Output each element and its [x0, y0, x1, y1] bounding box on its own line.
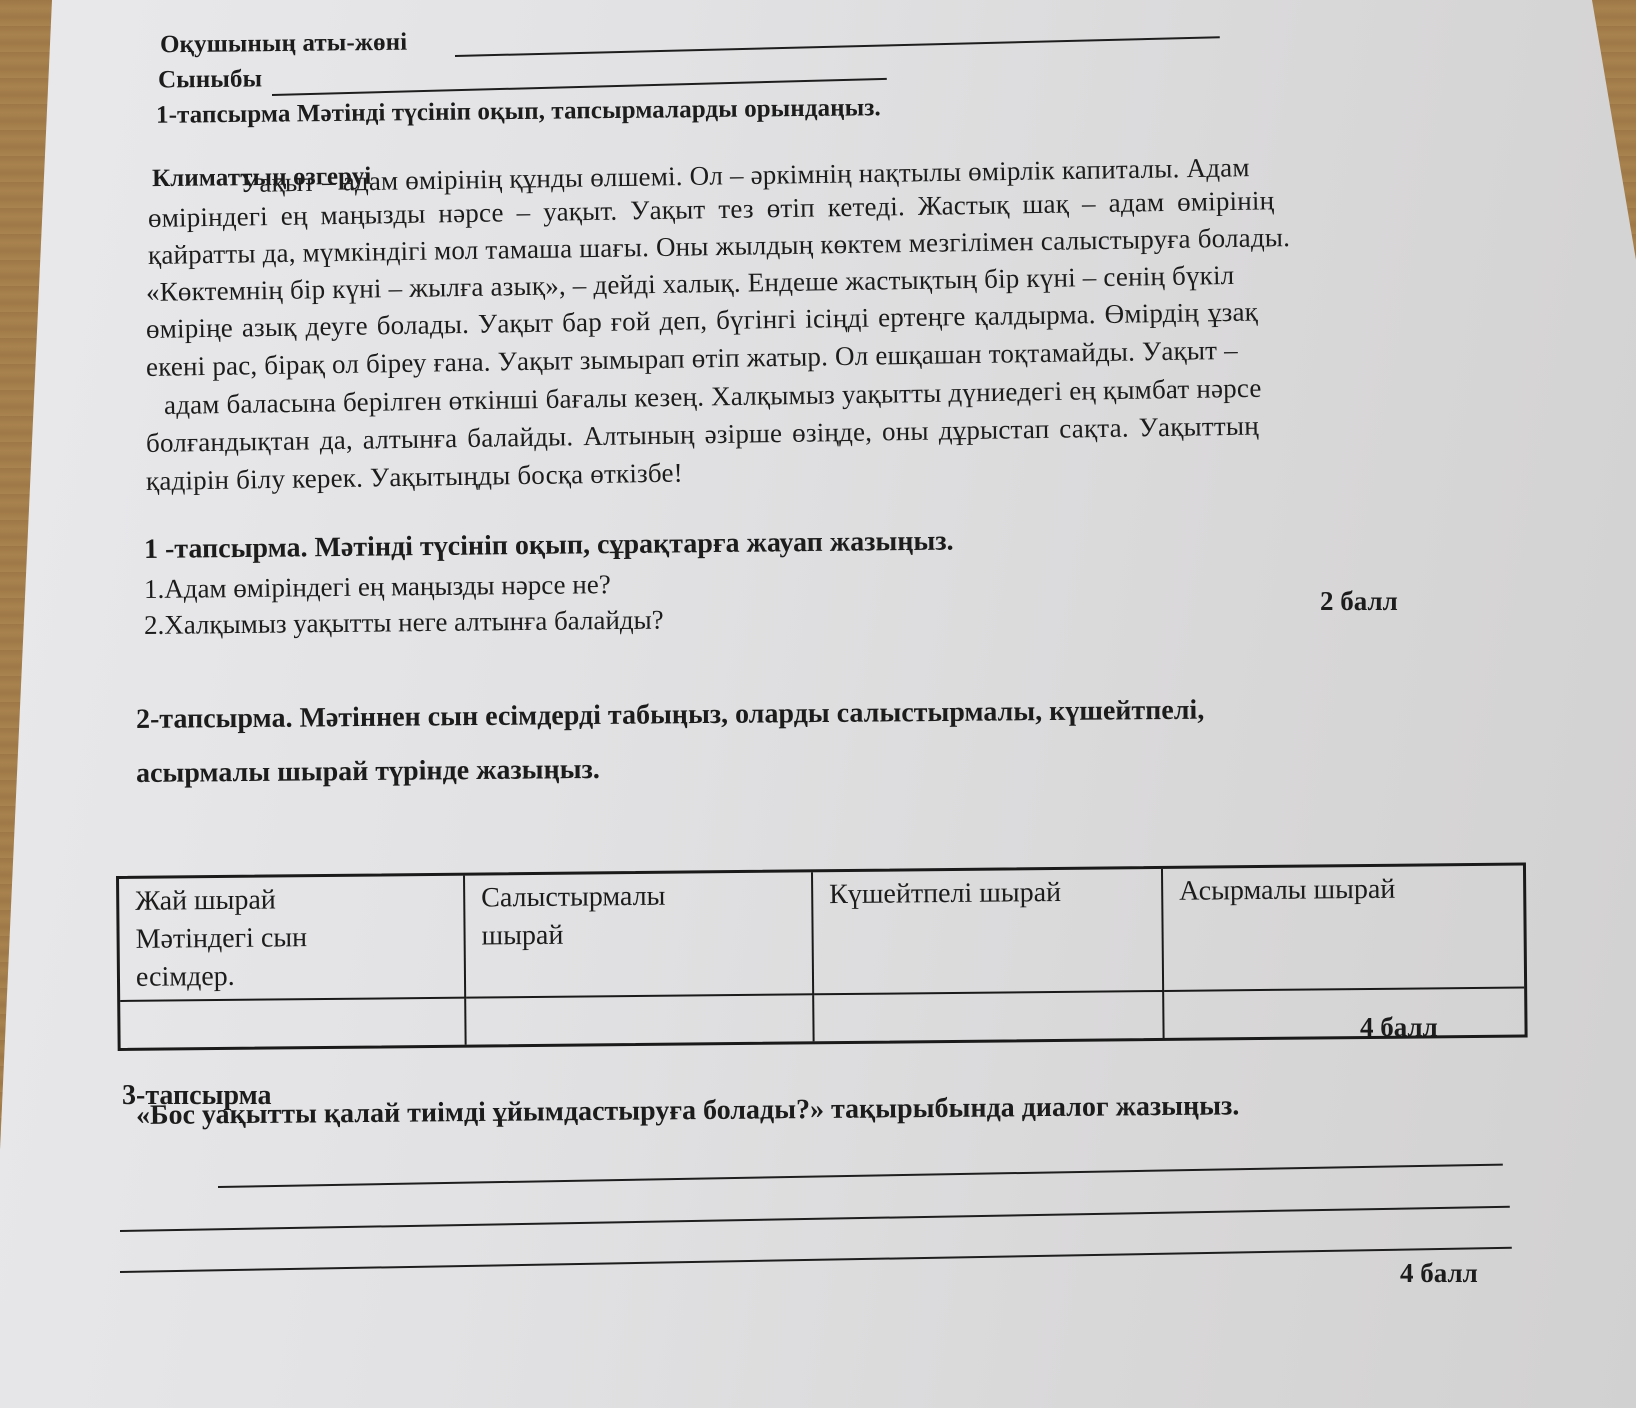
- student-name-label: Оқушының аты-жөні: [160, 29, 407, 60]
- table-answer-cell[interactable]: [1164, 988, 1524, 1037]
- table-header-comparative: Салыстырмалы шырай: [465, 872, 814, 998]
- task3-prompt: «Бос уақытты қалай тиімді ұйымдастыруға …: [136, 1090, 1240, 1132]
- table-answer-cell[interactable]: [814, 992, 1164, 1041]
- dialog-answer-line[interactable]: [120, 1247, 1512, 1273]
- table-header-positive: Жай шырай Мәтіндегі сын есімдер.: [119, 876, 466, 1002]
- table-header-superlative: Асырмалы шырай: [1163, 865, 1524, 991]
- table-header-intensive: Күшейтпелі шырай: [813, 869, 1164, 995]
- task2-title: 2-тапсырма. Мәтіннен сын есімдерді табың…: [136, 695, 1205, 736]
- student-name-field[interactable]: [455, 36, 1220, 57]
- dialog-answer-line[interactable]: [218, 1164, 1503, 1188]
- table-answer-cell[interactable]: [466, 995, 814, 1044]
- dialog-answer-line[interactable]: [120, 1206, 1510, 1232]
- task1-title: 1 -тапсырма. Мәтінді түсініп оқып, сұрақ…: [144, 526, 954, 566]
- task3-score: 4 балл: [1400, 1258, 1478, 1289]
- task1-instruction: 1-тапсырма Мәтінді түсініп оқып, тапсырм…: [156, 94, 881, 130]
- table-answer-cell[interactable]: [120, 999, 466, 1048]
- class-label: Сыныбы: [158, 65, 262, 94]
- adjective-degrees-table: Жай шырай Мәтіндегі сын есімдер. Салысты…: [116, 862, 1528, 1051]
- task1-score: 2 балл: [1320, 586, 1398, 617]
- task1-question: 1.Адам өміріндегі ең маңызды нәрсе не?: [144, 569, 611, 605]
- task2-title-continued: асырмалы шырай түрінде жазыңыз.: [136, 754, 600, 790]
- reading-line: қадірін білу керек. Уақытыңды босқа өткі…: [146, 458, 683, 497]
- task1-question: 2.Халқымыз уақытты неге алтынға балайды?: [144, 605, 664, 641]
- class-field[interactable]: [272, 78, 887, 96]
- worksheet-paper: Оқушының аты-жөні Сыныбы 1-тапсырма Мәті…: [0, 0, 1636, 1408]
- task2-score: 4 балл: [1360, 1012, 1438, 1043]
